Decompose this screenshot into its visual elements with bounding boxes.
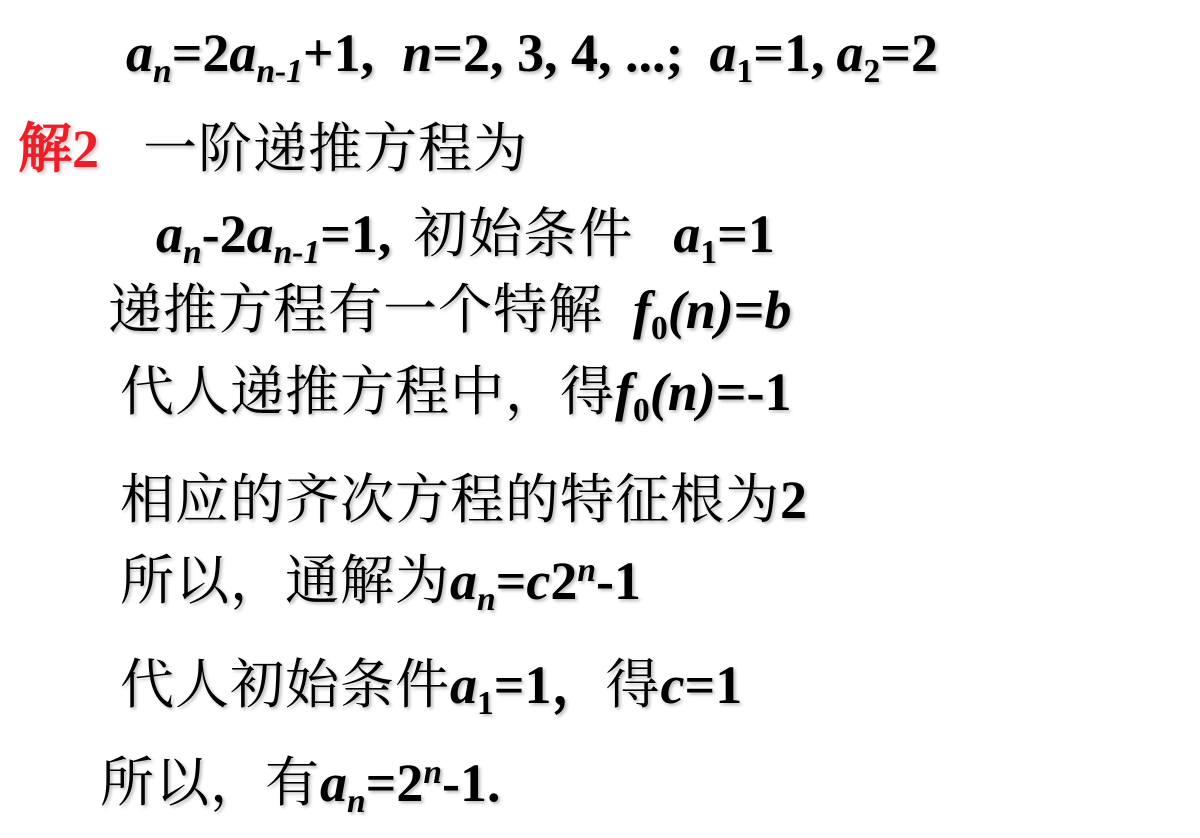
var-a: a	[673, 204, 700, 264]
subscript-2: 2	[864, 53, 881, 90]
superscript-n: n	[577, 552, 596, 589]
var-f: f	[633, 280, 651, 340]
var-a: a	[320, 753, 347, 813]
minus-two: -2	[202, 204, 247, 264]
initial-substitution-text: 代人初始条件	[120, 653, 450, 716]
var-c: c	[661, 655, 685, 715]
subscript-1: 1	[477, 685, 494, 722]
equals-one: =1，	[494, 655, 606, 715]
characteristic-root-text: 相应的齐次方程的特征根为	[120, 468, 780, 531]
equals-one: =1,	[753, 23, 824, 83]
subscript-0: 0	[651, 310, 668, 347]
minus-one: -1	[596, 551, 641, 611]
substitute-text: 代人递推方程中，得	[120, 360, 615, 423]
equals-one: =1,	[320, 204, 391, 264]
first-order-text: 一阶递推方程为	[143, 117, 528, 180]
var-f: f	[615, 362, 633, 422]
solution-heading: 解2一阶递推方程为	[18, 122, 528, 176]
paren-n: (n)	[650, 362, 716, 422]
var-b: b	[765, 280, 792, 340]
minus-one: -1.	[442, 753, 500, 813]
subscript-1: 1	[700, 234, 717, 271]
solution-label: 解2	[18, 119, 99, 179]
var-a: a	[450, 655, 477, 715]
get-text: 得	[606, 653, 661, 716]
general-solution-text: 所以，通解为	[120, 549, 450, 612]
final-result-text: 所以，有	[100, 751, 320, 814]
var-a: a	[710, 23, 737, 83]
subscript-n-minus-1: n-1	[274, 234, 321, 271]
paren-n: (n)	[668, 280, 734, 340]
superscript-n: n	[423, 754, 442, 791]
particular-solution-line: 递推方程有一个特解f0(n)=b	[108, 283, 792, 337]
equals-two: =2	[880, 23, 938, 83]
characteristic-root-line: 相应的齐次方程的特征根为2	[120, 473, 807, 527]
var-a: a	[126, 23, 153, 83]
var-a: a	[156, 204, 183, 264]
initial-condition-label: 初始条件	[413, 202, 633, 265]
equals-two: =2	[172, 23, 230, 83]
root-value: 2	[780, 470, 807, 530]
subscript-n: n	[347, 783, 366, 820]
subscript-n: n	[153, 53, 172, 90]
equals-minus-one: =-1	[716, 362, 792, 422]
equals-one: =1	[717, 204, 775, 264]
particular-text: 递推方程有一个特解	[108, 278, 603, 341]
general-solution-line: 所以，通解为an=c2n-1	[120, 554, 641, 608]
subscript-1: 1	[737, 53, 754, 90]
equals-two: =2	[366, 753, 424, 813]
equals: =	[496, 551, 527, 611]
subscript-n: n	[183, 234, 202, 271]
plus-one: +1,	[303, 23, 374, 83]
equals: =	[734, 280, 765, 340]
subscript-0: 0	[633, 392, 650, 429]
equals-one: =1	[684, 655, 742, 715]
var-a: a	[229, 23, 256, 83]
var-c: c	[526, 551, 550, 611]
subscript-n: n	[477, 581, 496, 618]
var-a: a	[837, 23, 864, 83]
var-a: a	[450, 551, 477, 611]
substitute-line: 代人递推方程中，得f0(n)=-1	[120, 365, 791, 419]
var-n: n	[402, 23, 432, 83]
recurrence-line: an=2an-1+1,n=2, 3, 4, ...;a1=1,a2=2	[126, 26, 938, 80]
var-a: a	[247, 204, 274, 264]
equation-line: an-2an-1=1,初始条件a1=1	[156, 207, 775, 261]
n-range: =2, 3, 4, ...;	[432, 23, 683, 83]
final-result-line: 所以，有an=2n-1.	[100, 756, 501, 810]
two: 2	[550, 551, 577, 611]
subscript-n-minus-1: n-1	[256, 53, 303, 90]
initial-substitution-line: 代人初始条件a1=1，得c=1	[120, 658, 742, 712]
